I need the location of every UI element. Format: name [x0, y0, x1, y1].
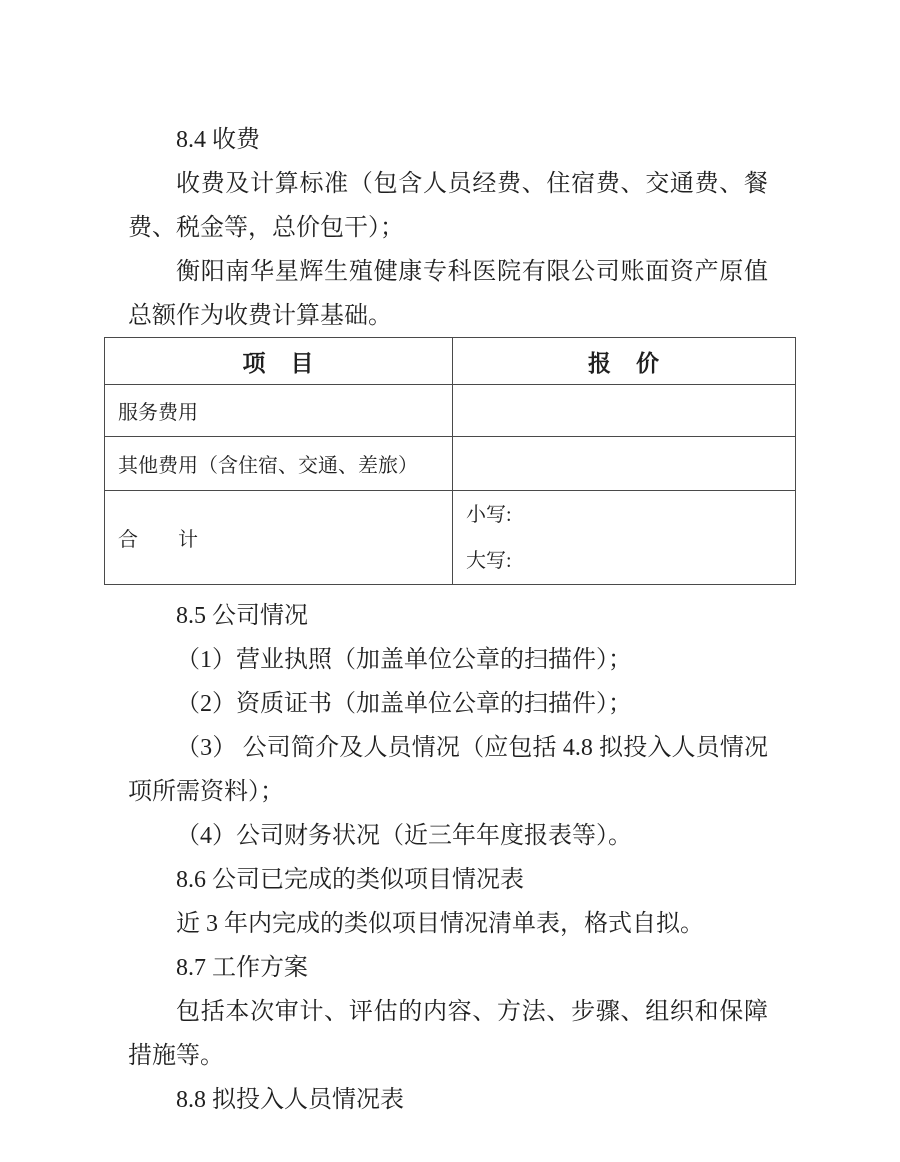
item-2-qualification-cert: （2）资质证书（加盖单位公章的扫描件）；	[128, 682, 768, 726]
section-8-6-heading: 8.6 公司已完成的类似项目情况表	[128, 858, 768, 902]
work-plan-paragraph: 包括本次审计、评估的内容、方法、步骤、组织和保障措施等。	[128, 990, 768, 1078]
total-label: 合 计	[105, 491, 453, 585]
similar-projects-paragraph: 近 3 年内完成的类似项目情况清单表，格式自拟。	[128, 902, 768, 946]
quote-table-header-price: 报 价	[453, 338, 796, 385]
quote-table-header-row: 项 目 报 价	[105, 338, 796, 385]
total-quote-cell: 小写: 大写:	[453, 491, 796, 585]
item-3-company-profile: （3） 公司简介及人员情况（应包括 4.8 拟投入人员情况项所需资料）；	[128, 726, 768, 814]
table-row-service-fee: 服务费用	[105, 385, 796, 437]
section-8-5-heading: 8.5 公司情况	[128, 594, 768, 638]
quote-table: 项 目 报 价 服务费用 其他费用（含住宿、交通、差旅） 合 计 小写: 大写:	[104, 337, 796, 585]
fee-basis-paragraph: 衡阳南华星辉生殖健康专科医院有限公司账面资产原值总额作为收费计算基础。	[128, 250, 768, 338]
item-4-financial-status: （4）公司财务状况（近三年年度报表等）。	[128, 814, 768, 858]
table-row-other-fee: 其他费用（含住宿、交通、差旅）	[105, 437, 796, 491]
item-1-business-license: （1）营业执照（加盖单位公章的扫描件）；	[128, 638, 768, 682]
total-lowercase-label: 小写:	[466, 492, 789, 538]
service-fee-label: 服务费用	[105, 385, 453, 437]
table-row-total: 合 计 小写: 大写:	[105, 491, 796, 585]
document-page: 8.4 收费 收费及计算标准（包含人员经费、住宿费、交通费、餐费、税金等，总价包…	[0, 0, 900, 1122]
quote-table-header-item: 项 目	[105, 338, 453, 385]
section-8-8-heading: 8.8 拟投入人员情况表	[128, 1078, 768, 1122]
section-8-7-heading: 8.7 工作方案	[128, 946, 768, 990]
total-uppercase-label: 大写:	[466, 538, 789, 584]
other-fee-label: 其他费用（含住宿、交通、差旅）	[105, 437, 453, 491]
fee-standard-paragraph: 收费及计算标准（包含人员经费、住宿费、交通费、餐费、税金等，总价包干）；	[128, 162, 768, 250]
service-fee-quote-cell	[453, 385, 796, 437]
section-8-4-heading: 8.4 收费	[128, 118, 768, 162]
other-fee-quote-cell	[453, 437, 796, 491]
